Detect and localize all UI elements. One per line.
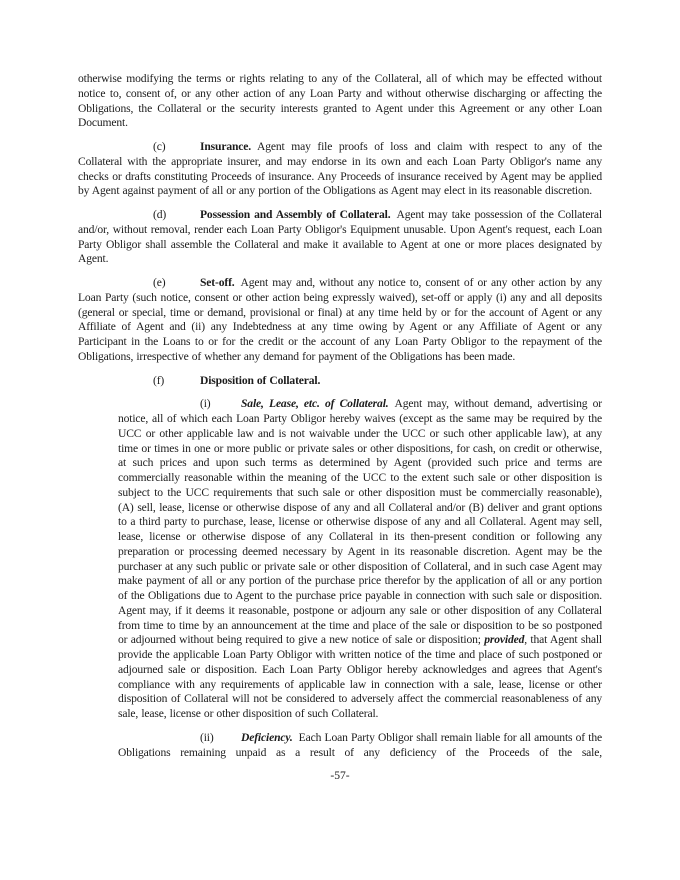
- page-number: -57-: [78, 769, 602, 784]
- paragraph: (i)Sale, Lease, etc. of Collateral.Agent…: [118, 397, 602, 722]
- document-page: otherwise modifying the terms or rights …: [0, 0, 680, 880]
- paragraph: (d)Possession and Assembly of Collateral…: [78, 208, 602, 267]
- paragraph-text: Each Loan Party Obligor shall remain lia…: [118, 731, 602, 759]
- paragraph: (c)Insurance.Agent may file proofs of lo…: [78, 140, 602, 199]
- document-body: otherwise modifying the terms or rights …: [78, 72, 602, 784]
- emphasized-term: provided: [484, 633, 524, 646]
- section-heading: Set-off.: [200, 276, 235, 289]
- section-label: (ii): [200, 731, 241, 746]
- paragraph-text: otherwise modifying the terms or rights …: [78, 72, 602, 129]
- paragraph: (f)Disposition of Collateral.: [78, 374, 602, 389]
- section-heading: Disposition of Collateral.: [200, 374, 320, 387]
- section-label: (d): [153, 208, 200, 223]
- section-heading: Possession and Assembly of Collateral.: [200, 208, 391, 221]
- section-label: (i): [200, 397, 241, 412]
- subsection-heading: Deficiency.: [241, 731, 293, 744]
- paragraph-text: , that Agent shall provide the applicabl…: [118, 633, 602, 720]
- section-heading: Insurance.: [200, 140, 251, 153]
- section-label: (c): [153, 140, 200, 155]
- subsection-heading: Sale, Lease, etc. of Collateral.: [241, 397, 389, 410]
- section-label: (f): [153, 374, 200, 389]
- section-label: (e): [153, 276, 200, 291]
- paragraph: otherwise modifying the terms or rights …: [78, 72, 602, 131]
- paragraph: (ii)Deficiency.Each Loan Party Obligor s…: [118, 731, 602, 761]
- paragraph-text: Agent may, without demand, advertising o…: [118, 397, 602, 646]
- paragraph: (e)Set-off.Agent may and, without any no…: [78, 276, 602, 365]
